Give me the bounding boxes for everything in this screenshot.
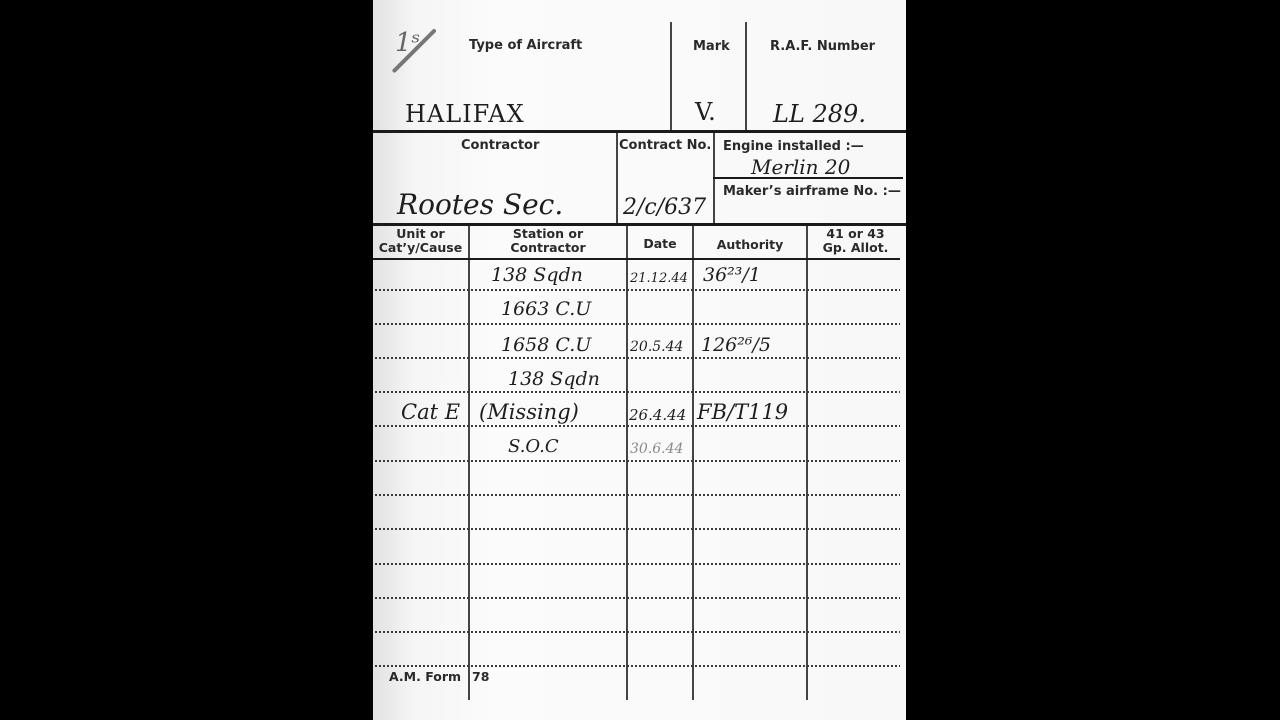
row-4-station: 138 Sqdn bbox=[508, 368, 600, 390]
mark-value: V. bbox=[695, 98, 716, 126]
engine-installed-label: Engine installed :— bbox=[723, 139, 864, 154]
col-header-line: 41 or 43 bbox=[808, 227, 903, 241]
row-rule bbox=[375, 425, 900, 427]
column-divider bbox=[626, 226, 628, 700]
form-number: 78 bbox=[472, 669, 489, 684]
row-rule bbox=[375, 563, 900, 565]
row-rule bbox=[375, 597, 900, 599]
column-divider bbox=[468, 226, 470, 700]
col-header-line: Authority bbox=[694, 237, 806, 252]
col-header-authority: Authority bbox=[694, 237, 806, 252]
form-label: A.M. Form bbox=[389, 669, 461, 684]
section-rule bbox=[373, 130, 906, 133]
divider bbox=[713, 133, 715, 225]
row-6-date: 30.6.44 bbox=[630, 441, 683, 457]
row-5-date: 26.4.44 bbox=[629, 406, 686, 424]
row-rule bbox=[375, 631, 900, 633]
contractor-value: Rootes Sec. bbox=[397, 188, 563, 221]
header-rule bbox=[373, 258, 900, 260]
row-1-authority: 36²³/1 bbox=[703, 264, 761, 286]
divider bbox=[670, 22, 672, 130]
col-header-line: Gp. Allot. bbox=[808, 241, 903, 255]
row-6-station: S.O.C bbox=[508, 436, 559, 457]
col-header-line: Contractor bbox=[470, 241, 626, 255]
contract-no-label: Contract No. bbox=[619, 138, 711, 153]
col-header-line: Unit or bbox=[373, 227, 468, 241]
row-5-unit: Cat E bbox=[401, 400, 460, 424]
col-header-line: Date bbox=[628, 236, 692, 251]
row-rule bbox=[375, 528, 900, 530]
row-2-station: 1663 C.U bbox=[501, 298, 591, 320]
row-1-date: 21.12.44 bbox=[630, 271, 688, 286]
raf-number-label: R.A.F. Number bbox=[770, 39, 875, 54]
row-rule bbox=[375, 665, 900, 667]
row-3-authority: 126²⁶/5 bbox=[701, 334, 771, 356]
contract-no-value: 2/c/637 bbox=[623, 195, 706, 220]
row-rule bbox=[375, 391, 900, 393]
col-header-line: Cat’y/Cause bbox=[373, 241, 468, 255]
makers-airframe-no-label: Maker’s airframe No. :— bbox=[723, 184, 901, 199]
divider bbox=[745, 22, 747, 130]
col-header-line: Station or bbox=[470, 227, 626, 241]
type-of-aircraft-value: HALIFAX bbox=[405, 100, 525, 128]
engine-rule bbox=[713, 177, 903, 179]
row-rule bbox=[375, 323, 900, 325]
mark-label: Mark bbox=[693, 39, 730, 54]
raf-number-value: LL 289. bbox=[773, 100, 866, 128]
row-5-authority: FB/T119 bbox=[697, 400, 788, 424]
type-of-aircraft-label: Type of Aircraft bbox=[469, 38, 582, 53]
row-rule bbox=[375, 357, 900, 359]
col-header-unit: Unit or Cat’y/Cause bbox=[373, 227, 468, 255]
row-rule bbox=[375, 460, 900, 462]
row-3-station: 1658 C.U bbox=[501, 334, 591, 356]
col-header-station: Station or Contractor bbox=[470, 227, 626, 255]
divider bbox=[616, 133, 618, 225]
contractor-label: Contractor bbox=[461, 138, 539, 153]
col-header-allot: 41 or 43 Gp. Allot. bbox=[808, 227, 903, 255]
row-5-station: (Missing) bbox=[479, 400, 579, 424]
aircraft-record-card: 1ˢ Type of Aircraft Mark R.A.F. Number H… bbox=[373, 0, 906, 720]
row-rule bbox=[375, 289, 900, 291]
row-3-date: 20.5.44 bbox=[630, 339, 683, 355]
col-header-date: Date bbox=[628, 236, 692, 251]
column-divider bbox=[806, 226, 808, 700]
column-divider bbox=[692, 226, 694, 700]
row-1-station: 138 Sqdn bbox=[491, 264, 583, 286]
row-rule bbox=[375, 494, 900, 496]
engine-installed-value: Merlin 20 bbox=[751, 155, 850, 179]
